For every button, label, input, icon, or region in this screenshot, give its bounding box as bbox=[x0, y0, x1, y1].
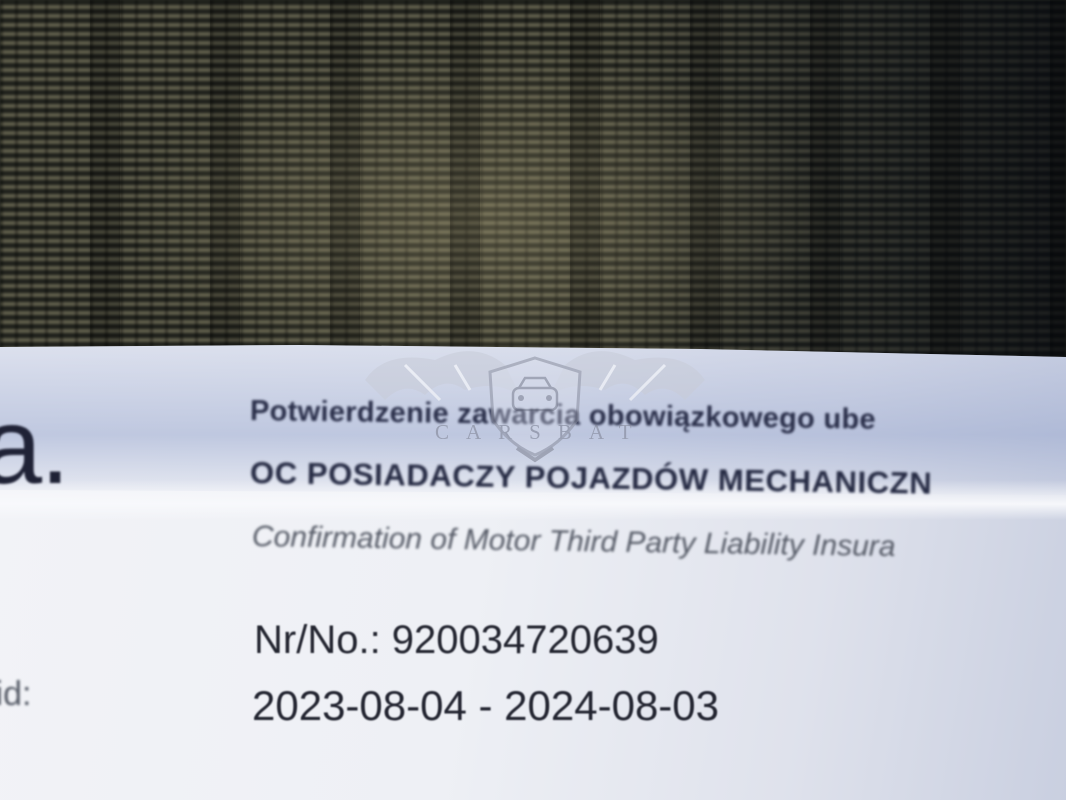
watermark: CARSBAT bbox=[345, 320, 725, 470]
validity-period: 2023-08-04 - 2024-08-03 bbox=[252, 682, 719, 730]
fabric-weave-pattern bbox=[0, 0, 1066, 360]
watermark-text: CARSBAT bbox=[435, 420, 649, 445]
insurer-logo-fragment: a. bbox=[0, 392, 68, 500]
validity-label: lid: bbox=[0, 675, 31, 714]
policy-number: Nr/No.: 920034720639 bbox=[254, 618, 659, 663]
bat-shield-car-icon bbox=[345, 320, 725, 470]
